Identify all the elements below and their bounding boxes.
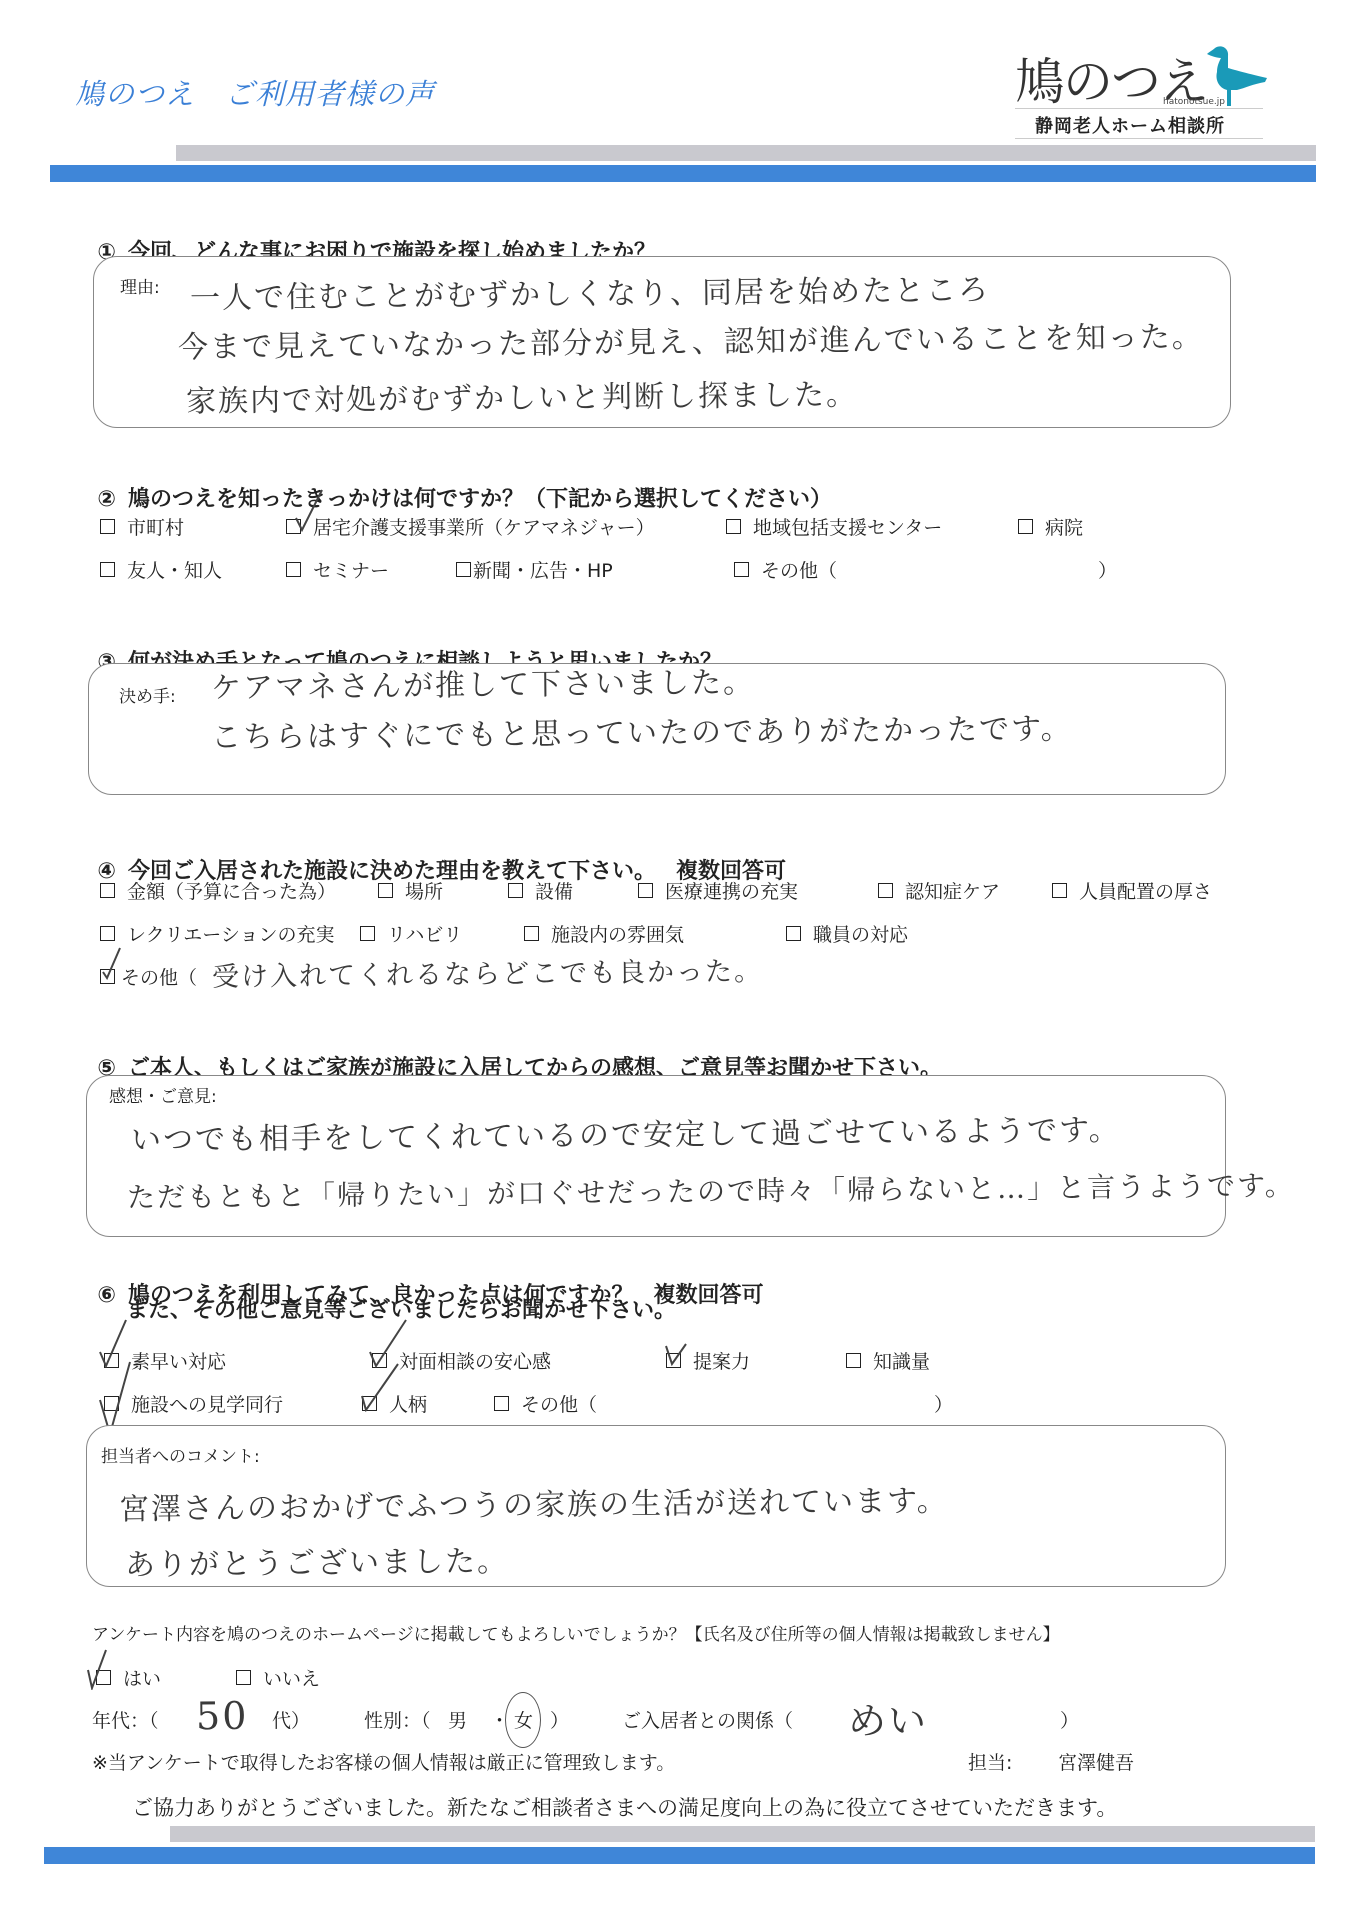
option-dementia-care[interactable]: 認知症ケア: [878, 877, 1000, 904]
option-label: 人員配置の厚さ: [1079, 877, 1212, 904]
consent-no[interactable]: いいえ: [236, 1664, 320, 1691]
paren-close: ）: [1060, 1706, 1079, 1733]
checkbox-checked[interactable]: [286, 519, 301, 534]
logo-url: hatonotsue.jp: [1163, 97, 1225, 107]
paren-close: ）: [550, 1706, 569, 1733]
handwritten-line: 家族内で対処がむずかしいと判断し探ました。: [186, 369, 858, 420]
handwritten-line: 宮澤さんのおかげでふつうの家族の生活が送れています。: [119, 1476, 949, 1529]
footer-bar-blue: [44, 1847, 1315, 1864]
option-label: 新聞・広告・HP: [473, 556, 613, 583]
option-other[interactable]: その他（: [494, 1390, 597, 1417]
option-label: 素早い対応: [131, 1347, 226, 1374]
option-label: 施設内の雰囲気: [551, 920, 684, 947]
option-face-to-face-reassurance[interactable]: 対面相談の安心感: [372, 1347, 551, 1374]
option-label: はい: [123, 1664, 161, 1691]
option-newspaper-ad-hp[interactable]: 新聞・広告・HP: [456, 556, 613, 583]
option-quick-response[interactable]: 素早い対応: [104, 1347, 226, 1374]
paren-close: ）: [934, 1390, 953, 1417]
option-label: 友人・知人: [127, 556, 222, 583]
option-other[interactable]: その他（: [734, 556, 837, 583]
checkbox[interactable]: [100, 926, 115, 941]
option-staff-response[interactable]: 職員の対応: [786, 920, 908, 947]
checkbox[interactable]: [638, 883, 653, 898]
option-friend[interactable]: 友人・知人: [100, 556, 222, 583]
option-label: 設備: [535, 877, 573, 904]
question-number: ⑥: [97, 1283, 116, 1308]
option-label: 人柄: [389, 1390, 427, 1417]
checkbox[interactable]: [100, 883, 115, 898]
header-bar-gray: [176, 145, 1316, 161]
option-label: いいえ: [263, 1664, 320, 1691]
option-label: 医療連携の充実: [665, 877, 798, 904]
logo-subtitle: 静岡老人ホーム相談所: [1035, 112, 1225, 138]
privacy-note: ※当アンケートで取得したお客様の個人情報は厳正に管理致します。: [92, 1748, 675, 1775]
checkbox-checked[interactable]: [104, 1396, 119, 1411]
option-other[interactable]: その他（: [100, 963, 197, 990]
age-suffix: 代）: [272, 1706, 310, 1733]
brand-logo: 鳩のつえ hatonotsue.jp 静岡老人ホーム相談所: [1015, 40, 1275, 140]
footer-bar-gray: [170, 1826, 1315, 1842]
option-label: 施設への見学同行: [131, 1390, 283, 1417]
option-label: セミナー: [313, 556, 389, 583]
checkbox[interactable]: [508, 883, 523, 898]
option-label: レクリエーションの充実: [127, 920, 334, 947]
checkbox[interactable]: [734, 562, 749, 577]
option-tour-accompaniment[interactable]: 施設への見学同行: [104, 1390, 283, 1417]
age-value-handwritten[interactable]: 50: [196, 1694, 249, 1739]
staff-comment-box[interactable]: 担当者へのコメント: 宮澤さんのおかげでふつうの家族の生活が送れています。 あり…: [86, 1425, 1226, 1587]
checkbox-checked[interactable]: [104, 1353, 119, 1368]
checkbox[interactable]: [100, 519, 115, 534]
option-label: 居宅介護支援事業所（ケアマネジャー）: [313, 513, 655, 540]
document-title: 鳩のつえ ご利用者様の声: [75, 72, 435, 113]
checkbox-checked[interactable]: [362, 1396, 377, 1411]
paren-close: ）: [1098, 556, 1117, 583]
thank-you-message: ご協力ありがとうございました。新たなご相談者さまへの満足度向上の為に役立てさせて…: [132, 1792, 1117, 1822]
option-hospital[interactable]: 病院: [1018, 513, 1083, 540]
option-regional-support-center[interactable]: 地域包括支援センター: [726, 513, 942, 540]
handwritten-line: いつでも相手をしてくれているので安定して過ごせているようです。: [131, 1105, 1121, 1159]
question-text: 鳩のつえを知ったきっかけは何ですか？（下記から選択してください）: [128, 487, 832, 512]
age-label: 年代：（: [92, 1706, 159, 1733]
handwritten-line: こちらはすぐにでもと思っていたのでありがたかったです。: [211, 703, 1073, 756]
question-6-line-2: また、その他ご意見等ございましたらお聞かせ下さい。: [126, 1293, 676, 1324]
option-label: 認知症ケア: [905, 877, 1000, 904]
option-rehabilitation[interactable]: リハビリ: [360, 920, 462, 947]
other-reason-handwritten: 受け入れてくれるならどこでも良かった。: [212, 949, 763, 994]
option-label: 地域包括支援センター: [753, 513, 942, 540]
option-price[interactable]: 金額（予算に合った為）: [100, 877, 336, 904]
option-label: 場所: [405, 877, 443, 904]
deciding-factor-answer-box[interactable]: 決め手: ケアマネさんが推して下さいました。 こちらはすぐにでもと思っていたので…: [88, 663, 1226, 795]
handwritten-line: 一人で住むことがむずかしくなり、同居を始めたところ: [190, 265, 990, 317]
option-recreation[interactable]: レクリエーションの充実: [100, 920, 334, 947]
option-atmosphere[interactable]: 施設内の雰囲気: [524, 920, 684, 947]
checkbox[interactable]: [524, 926, 539, 941]
checkbox[interactable]: [378, 883, 393, 898]
reason-label: 理由:: [120, 273, 160, 298]
option-staffing[interactable]: 人員配置の厚さ: [1052, 877, 1212, 904]
checkbox-checked[interactable]: [100, 969, 115, 984]
question-5: ⑤ご本人、もしくはご家族が施設に入居してからの感想、ご意見等お聞かせ下さい。: [82, 1026, 942, 1082]
handwritten-line: 今まで見えていなかった部分が見え、認知が進んでいることを知った。: [178, 312, 1204, 367]
logo-divider: [1015, 138, 1263, 139]
option-seminar[interactable]: セミナー: [286, 556, 389, 583]
option-personality[interactable]: 人柄: [362, 1390, 427, 1417]
option-label: 病院: [1045, 513, 1083, 540]
checkbox[interactable]: [236, 1670, 251, 1685]
checkbox[interactable]: [494, 1396, 509, 1411]
impressions-answer-box[interactable]: 感想・ご意見: いつでも相手をしてくれているので安定して過ごせているようです。 …: [86, 1075, 1226, 1237]
checkbox[interactable]: [286, 562, 301, 577]
checkbox[interactable]: [726, 519, 741, 534]
staff-name: 宮澤健吾: [1058, 1748, 1134, 1775]
header-bar-blue: [50, 165, 1316, 182]
question-2: ②鳩のつえを知ったきっかけは何ですか？（下記から選択してください）: [82, 457, 832, 513]
staff-comment-label: 担当者へのコメント:: [101, 1442, 260, 1467]
option-label: その他（: [521, 1390, 597, 1417]
checkbox[interactable]: [846, 1353, 861, 1368]
checkbox-checked[interactable]: [666, 1353, 681, 1368]
option-location[interactable]: 場所: [378, 877, 443, 904]
deciding-factor-label: 決め手:: [119, 682, 176, 707]
handwritten-line: ケアマネさんが推して下さいました。: [211, 657, 755, 707]
gender-male-option[interactable]: 男: [448, 1706, 467, 1733]
relation-value-handwritten[interactable]: めい: [848, 1690, 929, 1746]
option-label: その他（: [761, 556, 837, 583]
reason-answer-box[interactable]: 理由: 一人で住むことがむずかしくなり、同居を始めたところ 今まで見えていなかっ…: [93, 256, 1231, 428]
checkbox[interactable]: [1052, 883, 1067, 898]
option-label: 市町村: [127, 513, 184, 540]
publish-consent-question: アンケート内容を鳩のつえのホームページに掲載してもよろしいでしょうか？【氏名及び…: [92, 1620, 1060, 1645]
option-label: 職員の対応: [813, 920, 908, 947]
relation-label: ご入居者との関係（: [622, 1706, 793, 1733]
checkbox[interactable]: [456, 562, 471, 577]
option-label: 対面相談の安心感: [399, 1347, 551, 1374]
impressions-label: 感想・ご意見:: [109, 1082, 217, 1107]
gender-label: 性別：（: [364, 1706, 431, 1733]
option-knowledge[interactable]: 知識量: [846, 1347, 930, 1374]
option-municipality[interactable]: 市町村: [100, 513, 184, 540]
checkbox[interactable]: [878, 883, 893, 898]
checkbox[interactable]: [786, 926, 801, 941]
selection-circle: [505, 1692, 541, 1748]
question-number: ②: [97, 487, 116, 512]
staff-label: 担当:: [968, 1748, 1012, 1775]
option-label: その他（: [121, 963, 197, 990]
option-label: 金額（予算に合った為）: [127, 877, 336, 904]
option-proposal-ability[interactable]: 提案力: [666, 1347, 750, 1374]
checkbox-checked[interactable]: [96, 1670, 111, 1685]
consent-yes[interactable]: はい: [96, 1664, 161, 1691]
checkbox[interactable]: [100, 562, 115, 577]
handwritten-line: ありがとうございました。: [125, 1536, 509, 1584]
option-label: 提案力: [693, 1347, 750, 1374]
option-care-manager[interactable]: 居宅介護支援事業所（ケアマネジャー）: [286, 513, 655, 540]
option-facilities[interactable]: 設備: [508, 877, 573, 904]
option-label: リハビリ: [387, 920, 462, 947]
option-label: 知識量: [873, 1347, 930, 1374]
checkbox[interactable]: [1018, 519, 1033, 534]
option-medical-cooperation[interactable]: 医療連携の充実: [638, 877, 798, 904]
checkbox-checked[interactable]: [372, 1353, 387, 1368]
checkbox[interactable]: [360, 926, 375, 941]
logo-divider: [1015, 108, 1263, 109]
handwritten-line: ただもともと「帰りたい」が口ぐせだったので時々「帰らないと…」と言うようです。: [127, 1164, 1295, 1216]
